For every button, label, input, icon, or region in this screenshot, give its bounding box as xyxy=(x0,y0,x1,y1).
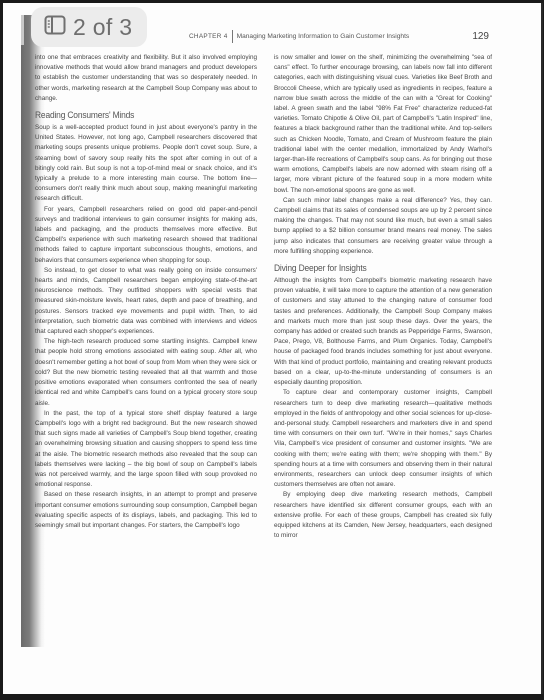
paragraph: So instead, to get closer to what was re… xyxy=(35,266,257,337)
page-indicator-badge[interactable]: 2 of 3 xyxy=(31,7,147,47)
paragraph: By employing deep dive marketing researc… xyxy=(274,490,492,541)
document-viewer[interactable]: 2 of 3 CHAPTER 4 Managing Marketing Info… xyxy=(3,3,543,694)
running-head: CHAPTER 4 Managing Marketing Information… xyxy=(189,29,489,43)
paragraph: To capture clear and contemporary custom… xyxy=(274,388,492,490)
chapter-label: CHAPTER 4 xyxy=(189,33,228,40)
page-count-label: 2 of 3 xyxy=(73,14,132,41)
paragraph: Can such minor label changes make a real… xyxy=(274,196,492,257)
right-column: is now smaller and lower on the shelf, m… xyxy=(274,53,492,541)
header-divider xyxy=(232,30,233,43)
paragraph: Although the insights from Campbell's bi… xyxy=(274,276,492,388)
paragraph: into one that embraces creativity and fl… xyxy=(35,53,257,104)
page-number: 129 xyxy=(472,31,489,42)
paragraph: Based on these research insights, in an … xyxy=(35,490,257,531)
section-heading: Reading Consumers' Minds xyxy=(35,110,230,122)
section-heading: Diving Deeper for Insights xyxy=(274,263,466,275)
paragraph: The high-tech research produced some sta… xyxy=(35,337,257,408)
chapter-title: Managing Marketing Information to Gain C… xyxy=(237,33,467,40)
page-edge xyxy=(21,15,24,45)
paragraph: For years, Campbell researchers relied o… xyxy=(35,205,257,266)
sidebar-icon[interactable] xyxy=(44,15,73,40)
paragraph: In the past, the top of a typical store … xyxy=(35,409,257,491)
paragraph: is now smaller and lower on the shelf, m… xyxy=(274,53,492,196)
left-column: into one that embraces creativity and fl… xyxy=(35,53,257,531)
paragraph: Soup is a well-accepted product found in… xyxy=(35,123,257,205)
